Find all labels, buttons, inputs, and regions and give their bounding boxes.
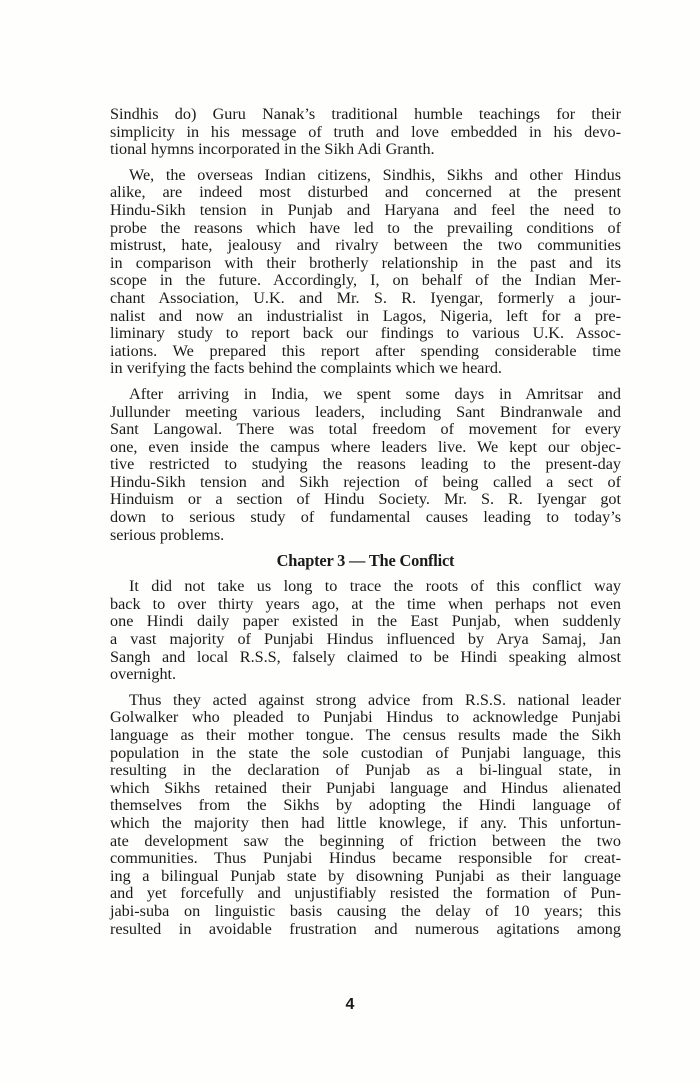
- text-line: back to over thirty years ago, at the ti…: [110, 596, 621, 614]
- text-line: language as their mother tongue. The cen…: [110, 727, 621, 745]
- intro-section: Sindhis do) Guru Nanak’s traditional hum…: [110, 106, 621, 544]
- text-line: Hinduism or a section of Hindu Society. …: [110, 491, 621, 509]
- text-line: probe the reasons which have led to the …: [110, 220, 621, 238]
- text-line: chant Association, U.K. and Mr. S. R. Iy…: [110, 290, 621, 308]
- text-line: scope in the future. Accordingly, I, on …: [110, 272, 621, 290]
- text-line: themselves from the Sikhs by adopting th…: [110, 797, 621, 815]
- text-line: Sant Langowal. There was total freedom o…: [110, 421, 621, 439]
- text-line: simplicity in his message of truth and l…: [110, 124, 621, 142]
- chapter-heading: Chapter 3 — The Conflict: [110, 552, 621, 570]
- chapter-section: It did not take us long to trace the roo…: [110, 578, 621, 938]
- text-line: in comparison with their brotherly relat…: [110, 255, 621, 273]
- document-page: Sindhis do) Guru Nanak’s traditional hum…: [110, 106, 621, 946]
- text-line: down to serious study of fundamental cau…: [110, 509, 621, 527]
- text-line: ate development saw the beginning of fri…: [110, 833, 621, 851]
- paragraph: It did not take us long to trace the roo…: [110, 578, 621, 684]
- text-line: which Sikhs retained their Punjabi langu…: [110, 780, 621, 798]
- text-line: nalist and now an industrialist in Lagos…: [110, 308, 621, 326]
- text-line: We, the overseas Indian citizens, Sindhi…: [110, 167, 621, 185]
- text-line: Thus they acted against strong advice fr…: [110, 692, 621, 710]
- text-line: Hindu-Sikh tension in Punjab and Haryana…: [110, 202, 621, 220]
- text-line: communities. Thus Punjabi Hindus became …: [110, 850, 621, 868]
- text-line: Hindu-Sikh tension and Sikh rejection of…: [110, 474, 621, 492]
- text-line: one, even inside the campus where leader…: [110, 439, 621, 457]
- paragraph: After arriving in India, we spent some d…: [110, 386, 621, 544]
- text-line: mistrust, hate, jealousy and rivalry bet…: [110, 237, 621, 255]
- text-line: It did not take us long to trace the roo…: [110, 578, 621, 596]
- text-line: tive restricted to studying the reasons …: [110, 456, 621, 474]
- text-line: overnight.: [110, 666, 621, 684]
- text-line: After arriving in India, we spent some d…: [110, 386, 621, 404]
- text-line: liminary study to report back our findin…: [110, 325, 621, 343]
- paragraph: Sindhis do) Guru Nanak’s traditional hum…: [110, 106, 621, 159]
- text-line: and yet forcefully and unjustifiably res…: [110, 885, 621, 903]
- text-line: alike, are indeed most disturbed and con…: [110, 184, 621, 202]
- text-line: tional hymns incorporated in the Sikh Ad…: [110, 141, 621, 159]
- text-line: which the majority then had little knowl…: [110, 815, 621, 833]
- text-line: jabi-suba on linguistic basis causing th…: [110, 903, 621, 921]
- paragraph: Thus they acted against strong advice fr…: [110, 692, 621, 938]
- text-line: Sindhis do) Guru Nanak’s traditional hum…: [110, 106, 621, 124]
- text-line: Sangh and local R.S.S, falsely claimed t…: [110, 649, 621, 667]
- text-line: one Hindi daily paper existed in the Eas…: [110, 613, 621, 631]
- text-line: in verifying the facts behind the compla…: [110, 360, 621, 378]
- text-line: population in the state the sole custodi…: [110, 745, 621, 763]
- page-number: 4: [0, 996, 700, 1014]
- text-line: iations. We prepared this report after s…: [110, 343, 621, 361]
- text-line: ing a bilingual Punjab state by disownin…: [110, 868, 621, 886]
- text-line: Golwalker who pleaded to Punjabi Hindus …: [110, 709, 621, 727]
- text-line: a vast majority of Punjabi Hindus influe…: [110, 631, 621, 649]
- text-line: resulting in the declaration of Punjab a…: [110, 762, 621, 780]
- text-line: Jullunder meeting various leaders, inclu…: [110, 404, 621, 422]
- text-line: serious problems.: [110, 527, 621, 545]
- text-line: resulted in avoidable frustration and nu…: [110, 921, 621, 939]
- paragraph: We, the overseas Indian citizens, Sindhi…: [110, 167, 621, 378]
